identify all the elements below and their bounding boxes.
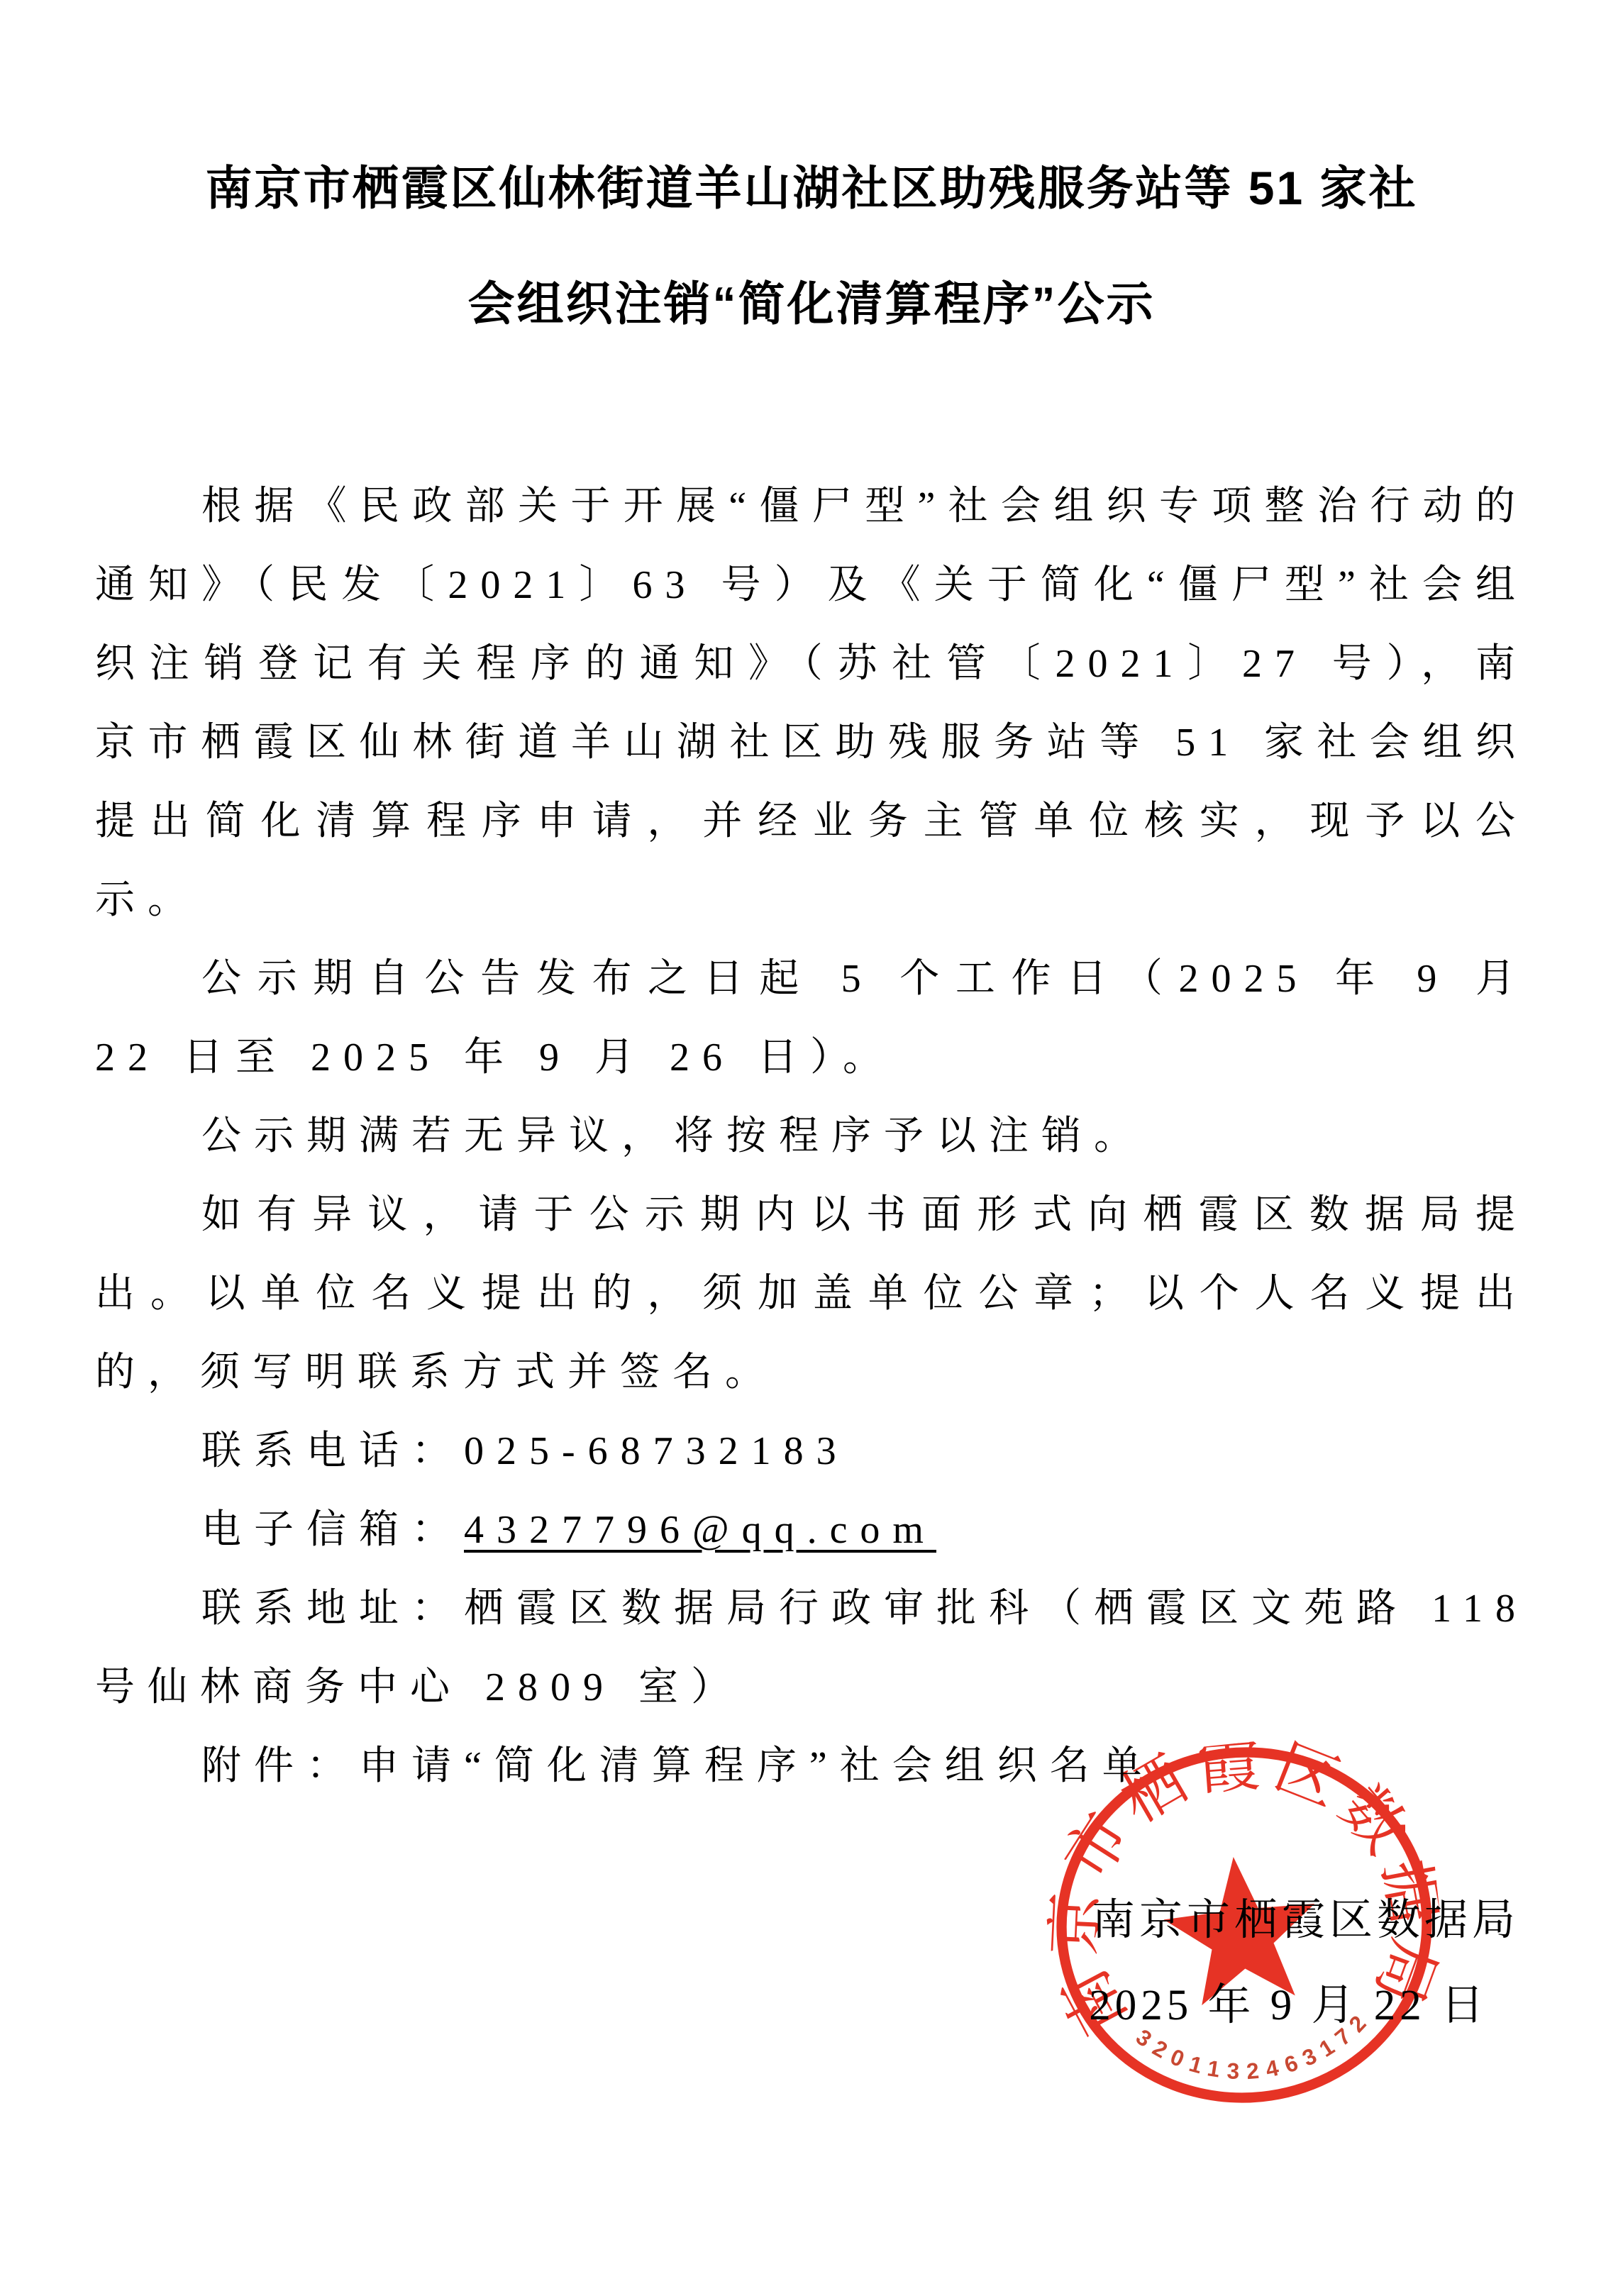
signature-agency: 南京市栖霞区数据局 [0, 1881, 1623, 1960]
signature-date: 2025 年 9 月 22 日 [0, 1966, 1623, 2045]
phone-number: 025-68732183 [464, 1429, 849, 1473]
signature-block: 南京市栖霞区数据局 2025 年 9 月 22 日 [0, 1881, 1623, 2045]
contact-address-line: 联系地址：栖霞区数据局行政审批科（栖霞区文苑路 118 号仙林商务中心 2809… [95, 1570, 1528, 1727]
paragraph-objection: 如有异议，请于公示期内以书面形式向栖霞区数据局提出。以单位名义提出的，须加盖单位… [95, 1176, 1528, 1412]
phone-label: 联系电话： [201, 1429, 464, 1473]
contact-phone-line: 联系电话：025-68732183 [95, 1412, 1528, 1491]
document-body: 根据《民政部关于开展“僵尸型”社会组织专项整治行动的通知》（民发〔2021〕63… [95, 467, 1528, 1806]
attachment-line: 附件：申请“简化清算程序”社会组织名单 [95, 1727, 1528, 1806]
title-line-1: 南京市栖霞区仙林街道羊山湖社区助残服务站等 51 家社 [95, 131, 1528, 246]
paragraph-no-objection: 公示期满若无异议，将按程序予以注销。 [95, 1097, 1528, 1176]
document-title: 南京市栖霞区仙林街道羊山湖社区助残服务站等 51 家社 会组织注销“简化清算程序… [95, 131, 1528, 362]
paragraph-basis: 根据《民政部关于开展“僵尸型”社会组织专项整治行动的通知》（民发〔2021〕63… [95, 467, 1528, 940]
address-label: 联系地址： [201, 1587, 464, 1631]
paragraph-period: 公示期自公告发布之日起 5 个工作日（2025 年 9 月 22 日至 2025… [95, 940, 1528, 1097]
document-page: 南京市栖霞区仙林街道羊山湖社区助残服务站等 51 家社 会组织注销“简化清算程序… [0, 0, 1623, 2296]
email-link[interactable]: 4327796@qq.com [464, 1508, 936, 1552]
title-line-2: 会组织注销“简化清算程序”公示 [95, 246, 1528, 362]
contact-email-line: 电子信箱：4327796@qq.com [95, 1491, 1528, 1570]
email-label: 电子信箱： [201, 1508, 464, 1552]
